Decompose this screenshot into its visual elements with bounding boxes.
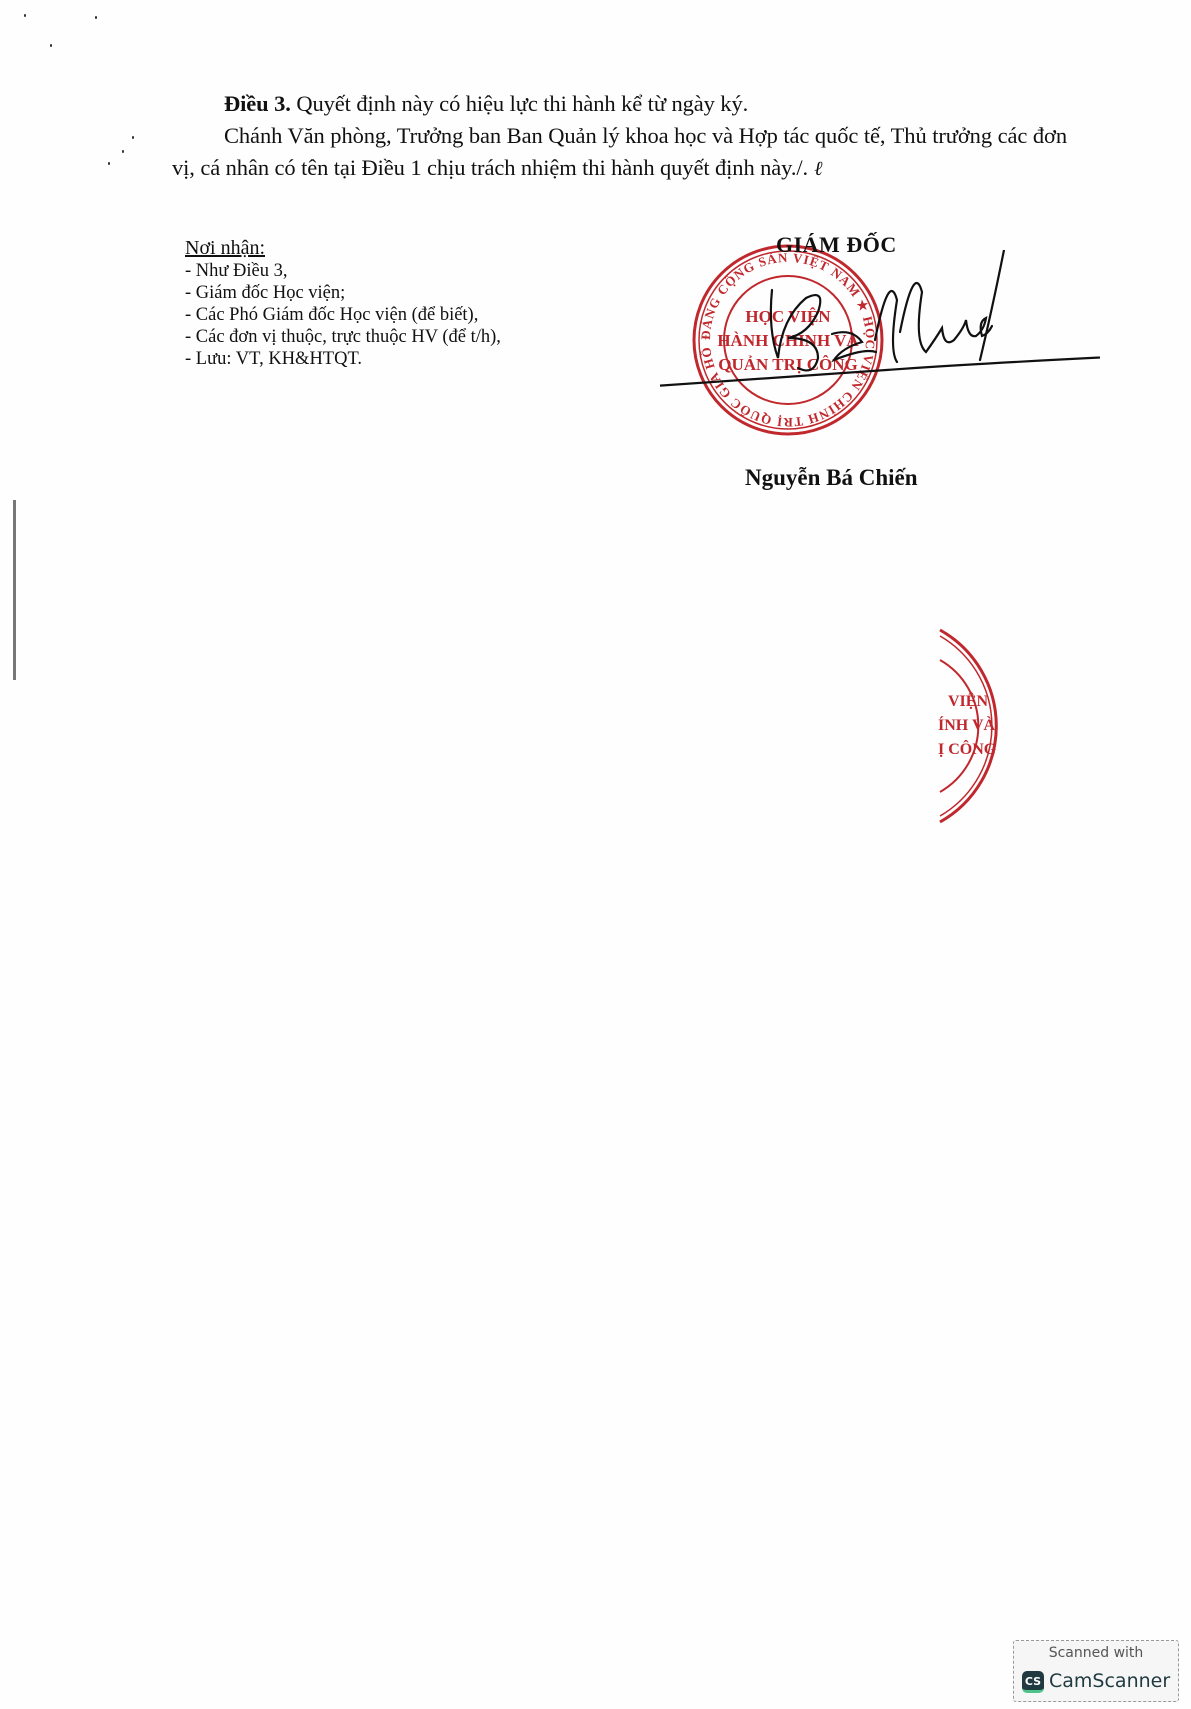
recipients-block: Nơi nhận: - Như Điều 3, - Giám đốc Học v… xyxy=(185,236,501,370)
recipients-list: - Như Điều 3, - Giám đốc Học viện; - Các… xyxy=(185,260,501,370)
partial-stamp-line-3: Ị CÔNG xyxy=(938,739,997,758)
initial-mark: ℓ xyxy=(814,158,822,180)
scan-speck xyxy=(24,14,26,17)
recipient-item: - Các Phó Giám đốc Học viện (để biết), xyxy=(185,304,501,326)
camscanner-logo-icon: CS xyxy=(1022,1671,1044,1693)
article-3-text: Quyết định này có hiệu lực thi hành kể t… xyxy=(291,91,748,116)
scan-speck xyxy=(122,150,124,153)
scan-speck xyxy=(95,16,97,19)
responsibility-text: Chánh Văn phòng, Trưởng ban Ban Quản lý … xyxy=(172,123,1067,180)
camscanner-watermark: Scanned with CS CamScanner xyxy=(1013,1640,1179,1702)
recipient-item: - Lưu: VT, KH&HTQT. xyxy=(185,348,501,370)
watermark-brand: CamScanner xyxy=(1049,1670,1170,1692)
watermark-text: Scanned with xyxy=(1014,1645,1178,1661)
signer-name: Nguyễn Bá Chiến xyxy=(745,465,918,491)
scan-speck xyxy=(132,136,134,139)
partial-stamp-line-1: VIỆN xyxy=(948,692,988,710)
document-page: Điều 3. Quyết định này có hiệu lực thi h… xyxy=(0,0,1191,1709)
recipient-item: - Như Điều 3, xyxy=(185,260,501,282)
recipient-item: - Giám đốc Học viện; xyxy=(185,282,501,304)
scan-speck xyxy=(50,44,52,47)
article-3-label: Điều 3. xyxy=(224,91,291,116)
article-3: Điều 3. Quyết định này có hiệu lực thi h… xyxy=(224,88,748,120)
partial-stamp-line-2: ÍNH VÀ xyxy=(938,715,995,734)
handwritten-signature xyxy=(660,250,1100,430)
recipients-heading: Nơi nhận: xyxy=(185,236,501,260)
scan-edge-mark xyxy=(13,500,16,680)
partial-stamp: VIỆN ÍNH VÀ Ị CÔNG xyxy=(930,622,1100,832)
recipient-item: - Các đơn vị thuộc, trực thuộc HV (để t/… xyxy=(185,326,501,348)
responsibility-paragraph: Chánh Văn phòng, Trưởng ban Ban Quản lý … xyxy=(172,120,1067,185)
scan-speck xyxy=(108,162,110,165)
